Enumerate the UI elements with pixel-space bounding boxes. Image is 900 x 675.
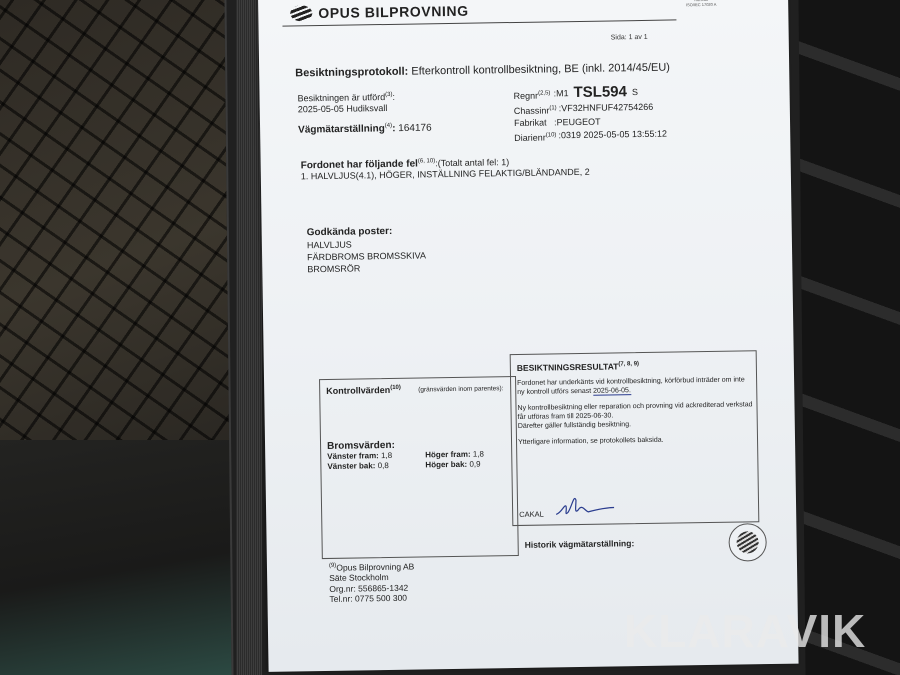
make-label: Fabrikat [514,116,552,129]
result-paragraph: Fordonet har underkänts vid kontrollbesi… [517,375,753,397]
brand-name: OPUS BILPROVNING [318,3,469,21]
diary-number: :0319 2025-05-05 13:55:12 [558,127,667,143]
control-values-heading: Kontrollvärden(10) [326,385,401,396]
odometer-label: Vägmätarställning [298,123,385,135]
footnote-ref: (3) [385,92,392,98]
chassis-number: :VF32HNFUF42754266 [559,100,654,116]
vehicle-make: :PEUGEOT [554,116,601,129]
result-text: Fordonet har underkänts vid kontrollbesi… [517,375,754,454]
inspection-result-box: BESIKTNINGSRESULTAT(7, 8, 9) Fordonet ha… [510,350,760,526]
result-paragraph: Ny kontrollbesiktning eller reparation o… [517,400,753,431]
brake-values: Bromsvärden: Vänster fram: 1,8 Höger fra… [327,439,515,472]
registration-number: TSL594 [573,86,627,101]
vehicle-class: :M1 [553,87,568,102]
page-number: Sida: 1 av 1 [611,34,648,42]
chassis-row: Chassinr(1) :VF32HNFUF42754266 [514,100,667,117]
globe-icon [736,531,758,553]
deadline-date: 2025-06-05. [593,387,631,396]
inspector-signature: CAKAL [519,491,616,519]
regnr-suffix: S [632,86,638,101]
vehicle-info: Regnr(2,5) :M1 TSL594 S Chassinr(1) :VF3… [513,86,667,144]
document-title: Besiktningsprotokoll: Efterkontroll kont… [295,62,670,80]
odometer-info: Vägmätarställning(4): 164176 [298,120,432,135]
company-info: (9)Opus Bilprovning AB Säte Stockholm Or… [329,560,415,605]
brake-value-rear-left: Vänster bak: 0,8 [327,460,425,472]
chassis-label: Chassinr [514,105,550,116]
faults-section: Fordonet har följande fel(6, 10):(Totalt… [301,154,590,183]
approved-item: FÄRDBROMS BROMSSKIVA [307,249,426,263]
diary-row: Diarienr(10) :0319 2025-05-05 13:55:12 [514,127,667,144]
company-phone: Tel.nr: 0775 500 300 [329,593,414,605]
regnr-label: Regnr [514,91,539,101]
brand-header: OPUS BILPROVNING [290,3,469,22]
climate-compensated-badge [728,523,767,562]
watermark: KLARAVIK [624,604,866,658]
control-values-note: (gränsvärden inom parentes): [418,385,503,393]
clipboard-edge [236,0,262,675]
inspection-info: Besiktningen är utförd(3): 2025-05-05 Hu… [298,90,396,116]
result-heading: BESIKTNINGSRESULTAT(7, 8, 9) [517,361,639,373]
diary-label: Diarienr [514,132,546,142]
odometer-value: 164176 [398,123,432,135]
inspection-label: Besiktningen är utförd [298,92,386,103]
company-name: Opus Bilprovning AB [336,561,414,572]
result-paragraph: Ytterligare information, se protokollets… [518,434,754,447]
inspector-name: CAKAL [519,510,544,519]
approved-items-section: Godkända poster: HALVLJUS FÄRDBROMS BROM… [307,224,427,275]
control-values-box: Kontrollvärden(10) (gränsvärden inom par… [319,376,519,559]
inspection-protocol-sheet: OPUS BILPROVNING REDITER Ackred. nr 8774… [258,0,799,672]
signature-icon [553,491,615,518]
title-label: Besiktningsprotokoll: [295,66,408,80]
brake-value-rear-right: Höger bak: 0,9 [425,459,515,470]
opus-logo-icon [290,5,312,21]
approved-heading: Godkända poster: [307,226,393,238]
accreditation-line: ISO/IEC 17020 A [676,2,726,8]
odometer-history-heading: Historik vägmätarställning: [525,538,635,550]
footnote-ref: (1) [549,105,556,111]
footnote-ref: (6, 10) [418,158,435,164]
footnote-ref: (10) [546,132,557,138]
title-value: Efterkontroll kontrollbesiktning, BE (in… [411,62,670,78]
faults-total: :(Totalt antal fel: 1) [435,157,509,168]
inspection-value: 2025-05-05 Hudiksvall [298,103,396,116]
mat-fold [0,440,240,675]
footnote-ref: (2,5) [538,90,550,96]
approved-item: BROMSRÖR [307,261,426,275]
accreditation-badge: REDITER Ackred. nr 8774 Kontroll ISO/IEC… [676,0,727,23]
